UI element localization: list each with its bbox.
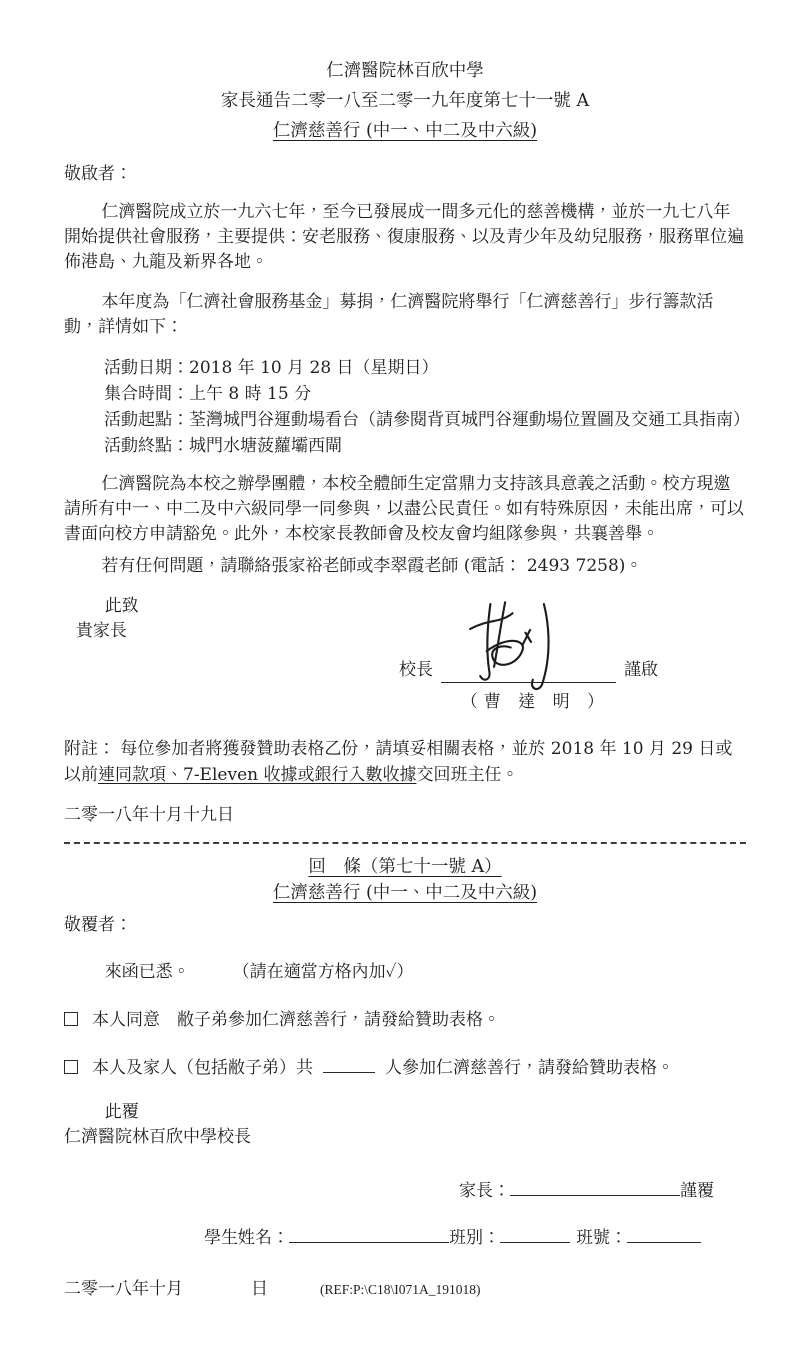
- parent-signature-blank[interactable]: [510, 1178, 680, 1196]
- principal-label: 校長: [399, 658, 433, 683]
- footnote-label: 附註：: [64, 739, 115, 759]
- detail-assembly-time: 集合時間：上午 8 時 15 分: [104, 381, 746, 407]
- detail-date: 活動日期：2018 年 10 月 28 日（星期日）: [104, 355, 746, 381]
- principal-signature: [459, 598, 579, 696]
- class-no-blank[interactable]: [627, 1225, 701, 1243]
- paragraph-event: 本年度為「仁濟社會服務基金」募捐，仁濟醫院將舉行「仁濟慈善行」步行籌款活動，詳情…: [64, 290, 746, 340]
- salutation: 敬啟者：: [64, 162, 746, 187]
- reply-footer: 二零一八年十月 日 (REF:P:\C18\I071A_191018): [64, 1274, 746, 1299]
- closing-cizhi: 此致: [64, 594, 746, 619]
- scanned-notice-page: 仁濟醫院林百欣中學 家長通告二零一八至二零一九年度第七十一號 A 仁濟慈善行 (…: [0, 0, 800, 1350]
- event-details: 活動日期：2018 年 10 月 28 日（星期日） 集合時間：上午 8 時 1…: [64, 355, 746, 459]
- principal-name: （曹 達 明 ）: [64, 687, 746, 712]
- family-count-checkbox[interactable]: [64, 1060, 78, 1074]
- option-agree-text: 本人同意 敝子弟參加仁濟慈善行，請發給贊助表格。: [92, 1005, 500, 1030]
- option-row-agree: 本人同意 敝子弟參加仁濟慈善行，請發給贊助表格。: [64, 1005, 746, 1030]
- option-family-before: 本人及家人（包括敝子弟）共: [92, 1053, 313, 1078]
- principal-suffix: 謹啟: [624, 658, 658, 683]
- parent-suffix: 謹覆: [680, 1176, 714, 1201]
- notice-number: 家長通告二零一八至二零一九年度第七十一號 A: [64, 86, 746, 116]
- student-name-label: 學生姓名：: [204, 1223, 289, 1248]
- class-blank[interactable]: [500, 1225, 570, 1243]
- cut-line: [64, 842, 746, 844]
- footnote: 附註： 每位參加者將獲發贊助表格乙份，請填妥相關表格，並於 2018 年 10 …: [64, 736, 746, 788]
- school-name: 仁濟醫院林百欣中學: [64, 56, 746, 86]
- paragraph-support: 仁濟醫院為本校之辦學團體，本校全體師生定當鼎力支持該具意義之活動。校方現邀請所有…: [64, 472, 746, 547]
- option-row-family: 本人及家人（包括敝子弟）共 人參加仁濟慈善行，請發給贊助表格。: [64, 1053, 746, 1078]
- notice-subject: 仁濟慈善行 (中一、中二及中六級): [64, 116, 746, 146]
- reply-slip-title: 回 條（第七十一號 A）: [64, 854, 746, 880]
- reference-code: (REF:P:\C18\I071A_191018): [320, 1282, 481, 1298]
- reply-closing-cifu: 此覆: [64, 1100, 746, 1125]
- detail-start-point: 活動起點：荃灣城門谷運動場看台（請參閱背頁城門谷運動場位置圖及交通工具指南）: [104, 407, 746, 433]
- reply-slip-header: 回 條（第七十一號 A） 仁濟慈善行 (中一、中二及中六級): [64, 854, 746, 906]
- acknowledgement-row: 來函已悉。 （請在適當方格內加✓）: [64, 957, 746, 982]
- class-no-label: 班號：: [576, 1223, 627, 1248]
- footnote-after: 交回班主任。: [416, 765, 518, 785]
- reply-slip-subject: 仁濟慈善行 (中一、中二及中六級): [64, 880, 746, 906]
- class-label: 班別：: [449, 1223, 500, 1248]
- signature-line: [441, 661, 616, 683]
- signature-row: 校長 謹啟: [64, 658, 746, 683]
- detail-end-point: 活動終點：城門水塘菠蘿壩西閘: [104, 433, 746, 459]
- footnote-underlined: 連同款項、7-Eleven 收據或銀行入數收據: [98, 765, 416, 785]
- parent-signature-row: 家長： 謹覆: [64, 1176, 746, 1201]
- acknowledgement-text: 來函已悉。: [105, 962, 190, 982]
- agree-checkbox[interactable]: [64, 1012, 78, 1026]
- letter-header: 仁濟醫院林百欣中學 家長通告二零一八至二零一九年度第七十一號 A 仁濟慈善行 (…: [64, 56, 746, 146]
- option-family-after: 人參加仁濟慈善行，請發給贊助表格。: [385, 1053, 674, 1078]
- reply-date-day: 日: [251, 1274, 268, 1299]
- reply-salutation: 敬覆者：: [64, 910, 746, 935]
- tick-instruction: （請在適當方格內加✓）: [233, 962, 414, 982]
- issue-date: 二零一八年十月十九日: [64, 800, 746, 825]
- participant-count-blank[interactable]: [323, 1055, 375, 1073]
- student-name-blank[interactable]: [289, 1225, 449, 1243]
- parent-label: 家長：: [459, 1176, 510, 1201]
- closing-parents: 貴家長: [64, 619, 746, 644]
- reply-date-month: 二零一八年十月: [64, 1274, 183, 1299]
- paragraph-contact: 若有任何問題，請聯絡張家裕老師或李翠霞老師 (電話： 2493 7258)。: [64, 554, 746, 579]
- reply-closing-principal: 仁濟醫院林百欣中學校長: [64, 1125, 746, 1150]
- paragraph-intro: 仁濟醫院成立於一九六七年，至今已發展成一間多元化的慈善機構，並於一九七八年開始提…: [64, 200, 746, 275]
- student-info-row: 學生姓名： 班別： 班號：: [64, 1223, 746, 1248]
